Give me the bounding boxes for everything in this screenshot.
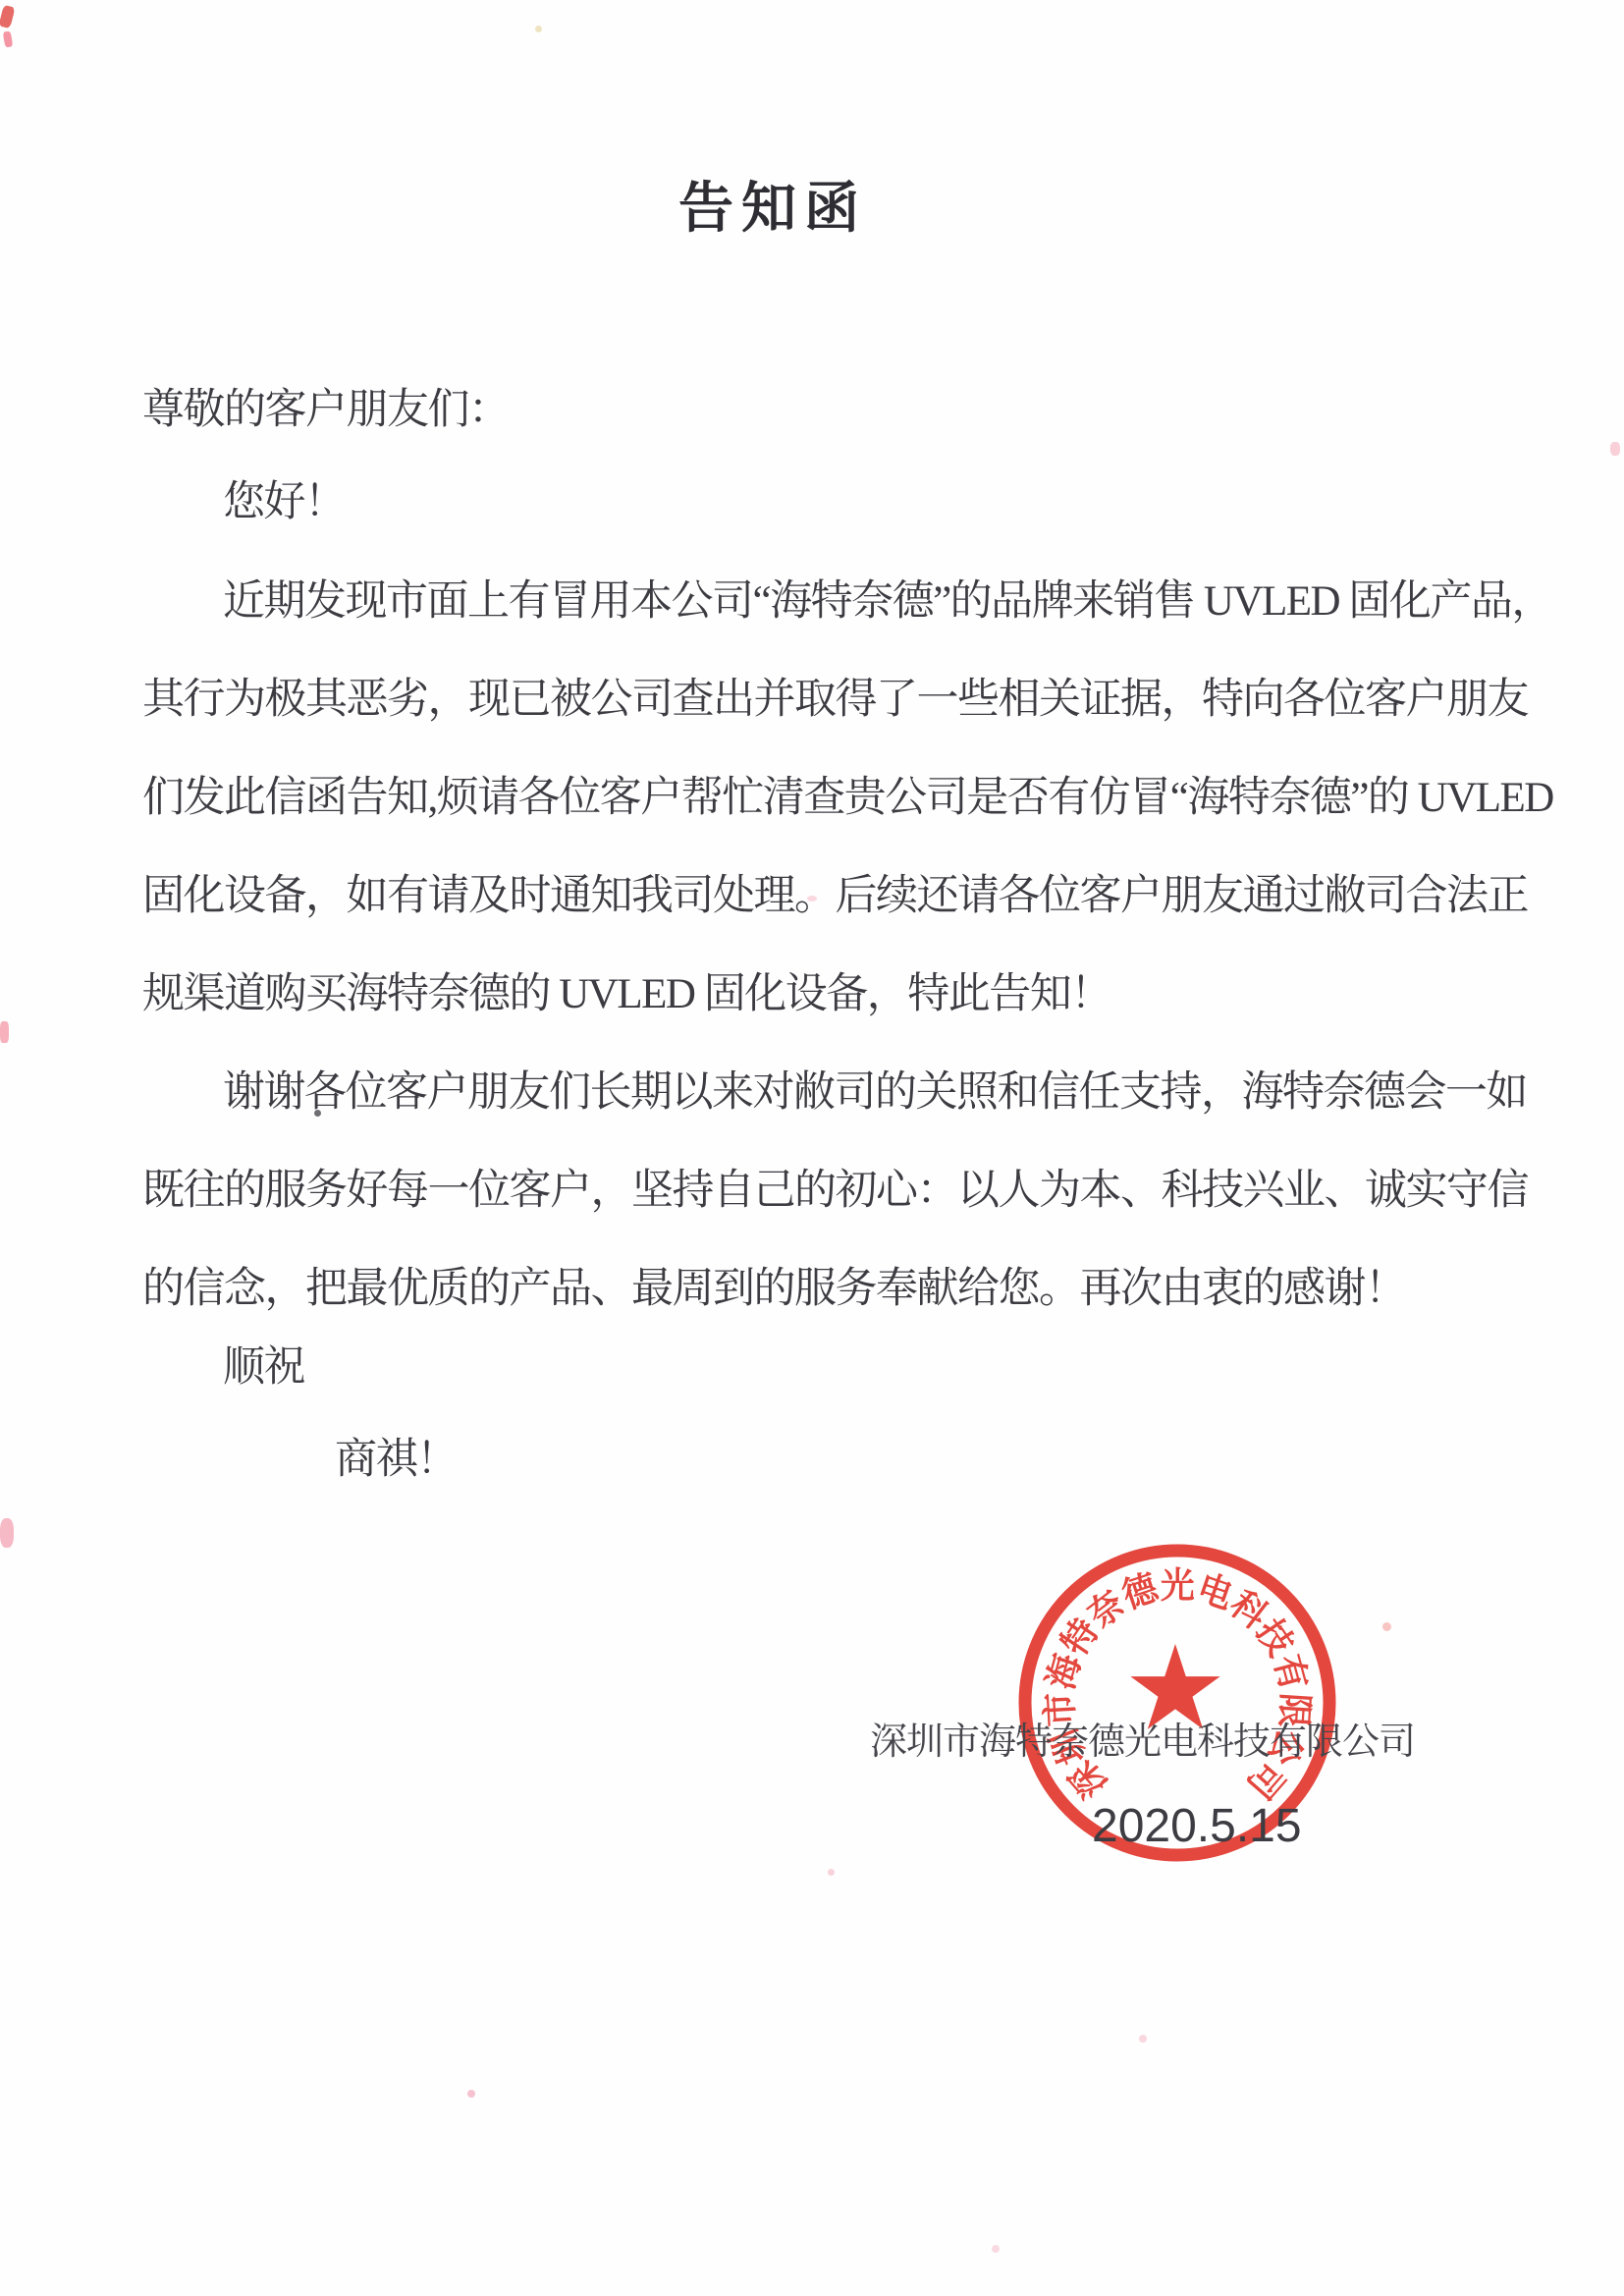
letter-line-greeting: 您好！ [223,468,346,528]
scan-artifact [1610,442,1620,456]
scan-artifact [992,2245,1000,2253]
letter-line: 规渠道购买海特奈德的 UVLED 固化设备，特此告知！ [142,960,1111,1020]
letter-line-salutation: 尊敬的客户朋友们： [142,376,510,436]
scan-artifact [1382,1622,1391,1631]
letter-line: 既往的服务好每一位客户，坚持自己的初心：以人为本、科技兴业、诚实守信 [142,1157,1528,1217]
letter-line: 谢谢各位客户朋友们长期以来对敝司的关照和信任支持，海特奈德会一如 [223,1059,1527,1119]
letter-line: 其行为极其恶劣，现已被公司查出并取得了一些相关证据，特向各位客户朋友 [142,666,1528,726]
letter-line-closing: 顺祝 [223,1334,304,1394]
scan-artifact [467,2090,475,2098]
letter-line: 固化设备，如有请及时通知我司处理。后续还请各位客户朋友通过敝司合法正 [142,862,1528,922]
letter-line-closing: 商祺！ [335,1426,458,1486]
scan-artifact [0,5,15,28]
letter-line: 们发此信函告知,烦请各位客户帮忙清查贵公司是否有仿冒“海特奈德”的 UVLED [142,764,1553,824]
company-name: 深圳市海特奈德光电科技有限公司 [870,1711,1415,1765]
letter-page: 告知函 尊敬的客户朋友们： 您好！ 近期发现市面上有冒用本公司“海特奈德”的品牌… [0,0,1624,2296]
letter-line: 近期发现市面上有冒用本公司“海特奈德”的品牌来销售 UVLED 固化产品， [223,568,1552,628]
scan-artifact [1139,2035,1147,2043]
scan-artifact [0,1518,14,1548]
scan-artifact [0,1021,9,1043]
stamp-date: 2020.5.15 [1092,1799,1302,1853]
scan-artifact [535,26,542,32]
letter-title: 告知函 [0,165,1545,244]
scan-artifact [828,1869,835,1876]
letter-line: 的信念，把最优质的产品、最周到的服务奉献给您。再次由衷的感谢！ [142,1255,1406,1315]
scan-artifact [3,30,14,47]
